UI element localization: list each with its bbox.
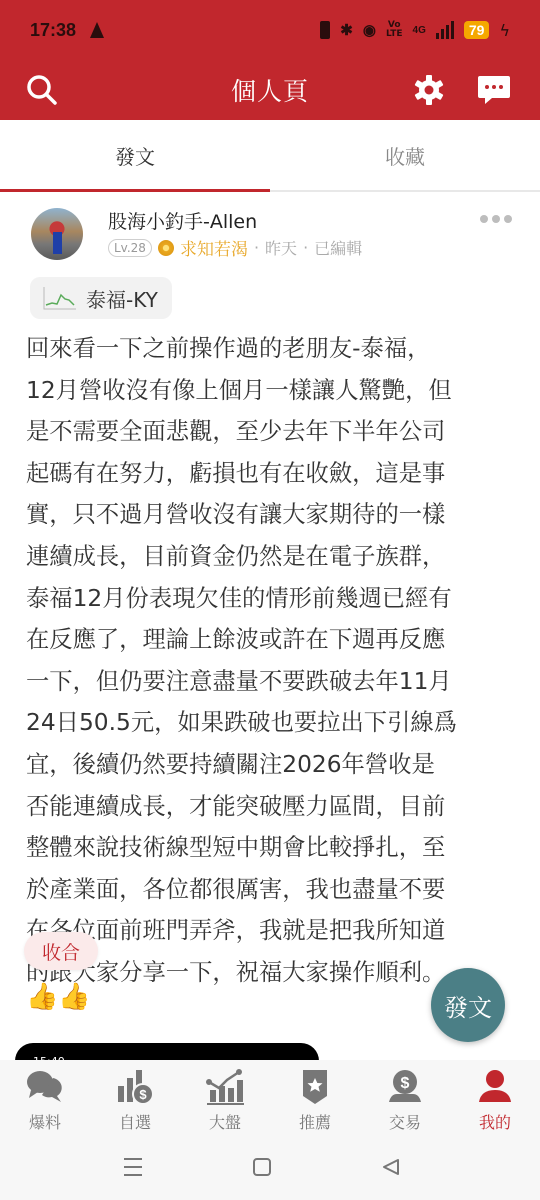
back-icon[interactable] bbox=[382, 1158, 400, 1176]
star-badge-icon bbox=[295, 1068, 335, 1106]
gear-icon[interactable] bbox=[412, 73, 446, 107]
tab-posts[interactable]: 發文 bbox=[0, 120, 270, 190]
page-title: 個人頁 bbox=[0, 72, 540, 108]
avatar[interactable] bbox=[31, 208, 83, 260]
nav-label: 爆料 bbox=[29, 1110, 61, 1133]
location-icon: ◉ bbox=[363, 21, 376, 39]
status-bar: 17:38 ✱ ◉ Vo LTE 4G 79 ϟ bbox=[0, 0, 540, 60]
stock-name: 泰福-KY bbox=[86, 284, 158, 313]
home-icon[interactable] bbox=[253, 1158, 271, 1176]
honor-title: 求知若渴 bbox=[180, 235, 248, 260]
screen: 17:38 ✱ ◉ Vo LTE 4G 79 ϟ 個人頁 bbox=[0, 0, 540, 1200]
new-post-button[interactable]: 發文 bbox=[431, 968, 505, 1042]
level-badge: Lv.28 bbox=[108, 239, 152, 257]
content-line: 起碼有在努力，虧損也有在收斂，這是事 bbox=[26, 453, 518, 495]
content-line: 在各位面前班門弄斧，我就是把我所知道 bbox=[26, 910, 518, 952]
content-line: 連續成長，目前資金仍然是在電子族群， bbox=[26, 536, 518, 578]
stock-chart-icon bbox=[42, 285, 78, 311]
more-options-icon[interactable] bbox=[480, 215, 512, 223]
status-time: 17:38 bbox=[30, 20, 76, 41]
bluetooth-icon: ✱ bbox=[340, 21, 353, 39]
network-type: 4G bbox=[413, 25, 426, 36]
stock-tag[interactable]: 泰福-KY bbox=[30, 277, 172, 319]
content-line: 實，只不過月營收沒有讓大家期待的一樣 bbox=[26, 494, 518, 536]
author-name[interactable]: 股海小釣手-Allen bbox=[108, 207, 257, 234]
content-line: 整體來說技術線型短中期會比較掙扎，至 bbox=[26, 827, 518, 869]
status-icons: ✱ ◉ Vo LTE 4G 79 ϟ bbox=[320, 21, 510, 40]
content-line: 12月營收沒有像上個月一樣讓人驚艷，但 bbox=[26, 370, 518, 412]
recent-apps-icon[interactable] bbox=[124, 1158, 142, 1176]
post-content: 回來看一下之前操作過的老朋友-泰福， 12月營收沒有像上個月一樣讓人驚艷，但 是… bbox=[26, 328, 518, 994]
thumbs-up-emoji: 👍👍 bbox=[26, 982, 91, 1012]
content-line: 宜，後續仍然要持續關注2026年營收是 bbox=[26, 744, 518, 786]
nav-item-tips[interactable]: 爆料 bbox=[0, 1060, 90, 1140]
content-line: 是不需要全面悲觀，至少去年下半年公司 bbox=[26, 411, 518, 453]
content-line: 泰福12月份表現欠佳的情形前幾週已經有 bbox=[26, 578, 518, 620]
collapse-button[interactable]: 收合 bbox=[24, 932, 98, 970]
nav-item-trade[interactable]: $ 交易 bbox=[360, 1060, 450, 1140]
chat-bubble-icon[interactable] bbox=[476, 72, 512, 108]
honor-badge-icon bbox=[158, 240, 174, 256]
dollar-coin-icon: $ bbox=[385, 1068, 425, 1106]
system-nav-bar bbox=[0, 1140, 540, 1200]
nav-label: 自選 bbox=[119, 1110, 151, 1133]
nav-item-market[interactable]: 大盤 bbox=[180, 1060, 270, 1140]
charging-icon: ϟ bbox=[499, 21, 510, 40]
post-header: 股海小釣手-Allen Lv.28 求知若渴 · 昨天 · 已編輯 bbox=[0, 205, 540, 265]
nav-item-recommend[interactable]: 推薦 bbox=[270, 1060, 360, 1140]
bottom-nav: 爆料 $ 自選 大盤 bbox=[0, 1060, 540, 1140]
market-chart-icon bbox=[205, 1068, 245, 1106]
content-line: 於產業面，各位都很厲害，我也盡量不要 bbox=[26, 869, 518, 911]
nav-label: 我的 bbox=[479, 1110, 511, 1133]
content-line: 回來看一下之前操作過的老朋友-泰福， bbox=[26, 328, 518, 370]
content-line: 一下，但仍要注意盡量不要跌破去年11月 bbox=[26, 661, 518, 703]
content-line: 24日50.5元，如果跌破也要拉出下引線爲 bbox=[26, 702, 518, 744]
tab-favorites[interactable]: 收藏 bbox=[270, 120, 540, 190]
profile-tabs: 發文 收藏 bbox=[0, 120, 540, 192]
signal-icon bbox=[436, 21, 454, 39]
chat-bubbles-icon bbox=[25, 1068, 65, 1106]
meta-separator: · bbox=[254, 238, 259, 257]
app-header: 個人頁 bbox=[0, 60, 540, 120]
watchlist-coin-icon: $ bbox=[115, 1068, 155, 1106]
meta-separator: · bbox=[303, 238, 308, 257]
nav-label: 推薦 bbox=[299, 1110, 331, 1133]
volte-icon: Vo LTE bbox=[386, 21, 403, 39]
vibrate-icon bbox=[320, 21, 330, 39]
edited-label: 已編輯 bbox=[314, 236, 362, 259]
post-time: 昨天 bbox=[265, 236, 297, 259]
navigation-arrow-icon bbox=[90, 22, 104, 38]
user-icon bbox=[475, 1068, 515, 1106]
content-line: 在反應了，理論上餘波或許在下週再反應 bbox=[26, 619, 518, 661]
post-meta: Lv.28 求知若渴 · 昨天 · 已編輯 bbox=[108, 235, 362, 260]
svg-text:$: $ bbox=[401, 1075, 410, 1092]
svg-text:$: $ bbox=[139, 1087, 147, 1102]
battery-level: 79 bbox=[464, 21, 490, 39]
volte-bottom: LTE bbox=[386, 29, 403, 39]
nav-item-watchlist[interactable]: $ 自選 bbox=[90, 1060, 180, 1140]
nav-item-me[interactable]: 我的 bbox=[450, 1060, 540, 1140]
nav-label: 交易 bbox=[389, 1110, 421, 1133]
nav-label: 大盤 bbox=[209, 1110, 241, 1133]
content-line: 否能連續成長，才能突破壓力區間，目前 bbox=[26, 786, 518, 828]
